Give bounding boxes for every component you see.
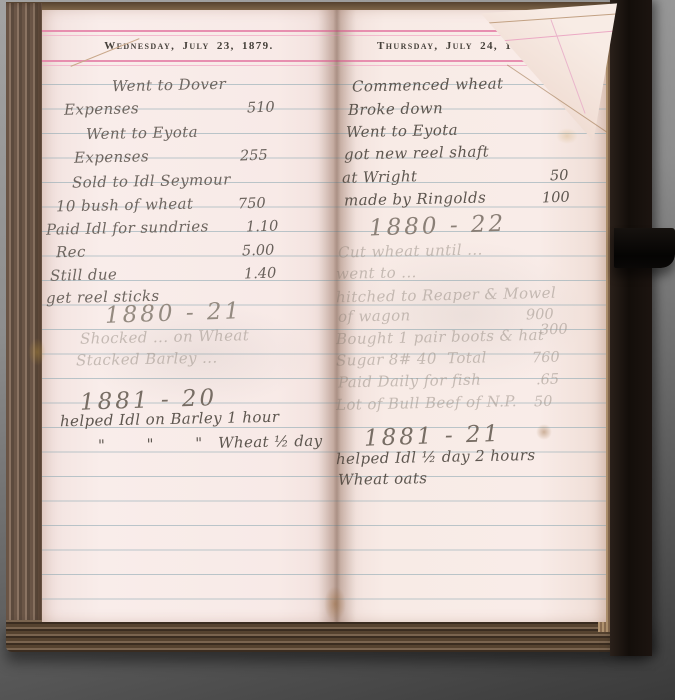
scanned-diary-photo: Wednesday, July 23, 1879. Went to Dover … [0, 0, 675, 700]
entry-text: Still due [50, 265, 118, 284]
entry-text: helped Idl ½ day 2 hours [336, 446, 536, 468]
diary-page-left: Wednesday, July 23, 1879. Went to Dover … [42, 10, 336, 622]
entry-amount: 300 [540, 322, 568, 339]
fold-crease [486, 13, 618, 23]
handwritten-entry: Sold to Idl Seymour [42, 172, 336, 197]
entry-text: 10 bush of wheat [56, 195, 194, 216]
entry-text: Rec [56, 243, 86, 262]
entry-text: at Wright [342, 167, 418, 187]
handwritten-entry: Expenses 255 [42, 148, 336, 173]
fold-pink-line [486, 30, 618, 43]
entry-text: Wheat oats [338, 469, 428, 489]
closure-strap [614, 228, 675, 268]
handwritten-entry: helped Idl on Barley 1 hour [42, 410, 336, 435]
entry-amount: 100 [542, 190, 570, 207]
entry-text: got new reel shaft [344, 142, 490, 163]
pink-rule [42, 30, 336, 32]
entry-text: helped Idl on Barley 1 hour [60, 408, 280, 431]
entry-text: Commenced wheat [352, 74, 504, 95]
handwritten-entry: Wheat oats [336, 470, 606, 495]
entry-amount: 255 [240, 148, 268, 165]
book-left-page-edges [6, 3, 42, 645]
entry-text: Bought 1 pair boots & hat [336, 326, 545, 348]
entry-text: Expenses [64, 99, 139, 119]
entry-text: Went to Dover [112, 75, 226, 95]
handwritten-entry: Went to Dover [42, 76, 336, 101]
pink-rule [42, 65, 336, 66]
handwritten-entry: Paid Idl for sundries 1.10 [42, 219, 336, 244]
entry-text: went to ... [336, 263, 417, 283]
year-heading: 1880 - 21 [42, 300, 336, 325]
entry-text: Sold to Idl Seymour [72, 170, 231, 191]
pink-rule [42, 60, 336, 62]
heading-text: 1880 - 21 [105, 298, 243, 329]
handwritten-entry: Went to Eyota [42, 124, 336, 149]
entry-text: Went to Eyota [346, 121, 458, 141]
entry-amount: 50 [550, 168, 569, 185]
entry-text: hitched to Reaper & Mowel [336, 284, 557, 307]
entry-amount: 750 [238, 196, 266, 213]
entry-amount: 5.00 [242, 242, 275, 259]
handwritten-entry-faded: Stacked Barley ... [42, 350, 336, 375]
entry-amount: 1.40 [244, 265, 277, 282]
year-heading: 1880 - 22 [336, 212, 606, 237]
entry-text: Lot of Bull Beef of N.P. [336, 392, 517, 414]
entry-text: of wagon [338, 306, 411, 326]
entry-amount: 510 [247, 100, 275, 117]
year-heading: 1881 - 21 [336, 422, 606, 447]
entry-text: " " " Wheat ½ day [98, 432, 323, 455]
pink-rule [42, 35, 336, 36]
year-heading: 1881 - 20 [42, 386, 336, 411]
handwritten-entry: Rec 5.00 [42, 243, 336, 268]
entry-text: Sugar 8# 40 Total [336, 348, 487, 369]
handwritten-entry-faded: Lot of Bull Beef of N.P. 50 [336, 394, 606, 419]
entry-text: Stacked Barley ... [76, 349, 218, 370]
handwritten-entry: " " " Wheat ½ day [42, 434, 336, 459]
entry-text: Paid Idl for sundries [46, 217, 209, 238]
entry-text: Broke down [348, 99, 443, 119]
heading-text: 1880 - 22 [369, 211, 507, 242]
book-cover [610, 0, 652, 656]
date-heading: Wednesday, July 23, 1879. [104, 40, 273, 52]
entry-amount: 760 [532, 350, 560, 367]
entry-text: made by Ringolds [344, 189, 486, 210]
book-bottom-page-edges [6, 620, 650, 652]
entry-text: Cut wheat until ... [338, 240, 483, 261]
entry-text: Shocked ... on Wheat [80, 326, 250, 348]
entry-amount: 1.10 [246, 218, 279, 235]
entry-amount: .65 [536, 372, 560, 389]
entry-text: Paid Daily for fish [338, 371, 482, 392]
page-header-left: Wednesday, July 23, 1879. [42, 40, 336, 52]
handwritten-entry: Expenses 510 [42, 100, 336, 125]
entry-text: Expenses [74, 147, 149, 167]
handwritten-entry: got new reel shaft [336, 144, 606, 169]
entry-amount: 50 [534, 394, 553, 411]
entry-text: Went to Eyota [86, 123, 198, 143]
entry-amount: 900 [526, 307, 554, 324]
